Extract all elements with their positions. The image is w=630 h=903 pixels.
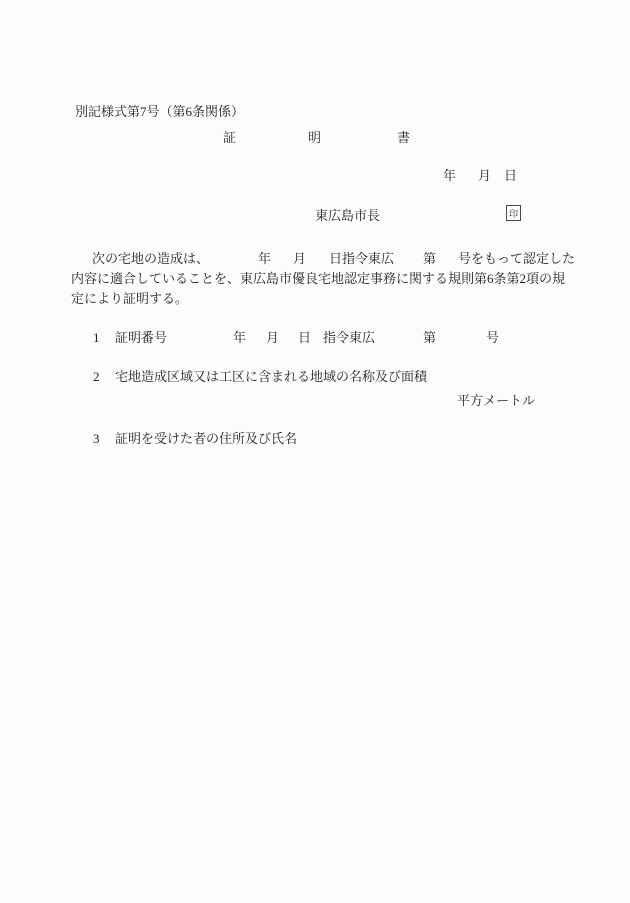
body-line1-day-directive: 日指令東広: [329, 252, 394, 266]
body-line1-year: 年: [258, 252, 271, 266]
title-char-mei: 明: [308, 131, 321, 145]
item2-number: 2: [93, 370, 100, 384]
body-line1-tail: 号をもって認定した: [458, 252, 575, 266]
date-day-label: 日: [504, 169, 517, 183]
certificate-page: 別記様式第7号（第6条関係） 証 明 書 年 月 日 東広島市長 印 次の宅地の…: [0, 0, 630, 903]
seal-mark: 印: [506, 205, 521, 221]
body-line3: 定により証明する。: [71, 292, 188, 306]
item1-directive-label: 指令東広: [323, 331, 375, 345]
item1-go-label: 号: [486, 331, 499, 345]
item3-number: 3: [93, 432, 100, 446]
item1-number: 1: [93, 331, 100, 345]
mayor-label: 東広島市長: [315, 209, 380, 223]
item1-day-label: 日: [298, 331, 311, 345]
body-line1-lead: 次の宅地の造成は、: [92, 252, 209, 266]
seal-label: 印: [509, 207, 518, 220]
item3-label: 証明を受けた者の住所及び氏名: [115, 432, 297, 446]
title-char-sho2: 書: [397, 131, 410, 145]
body-line1-month: 月: [293, 252, 306, 266]
date-month-label: 月: [478, 169, 491, 183]
item2-unit-label: 平方メートル: [457, 394, 535, 408]
item1-month-label: 月: [266, 331, 279, 345]
date-year-label: 年: [443, 169, 456, 183]
item2-label: 宅地造成区域又は工区に含まれる地域の名称及び面積: [115, 370, 427, 384]
item1-label: 証明番号: [115, 331, 167, 345]
item1-year-label: 年: [233, 331, 246, 345]
body-line2: 内容に適合していることを、東広島市優良宅地認定事務に関する規則第6条第2項の規: [71, 272, 565, 286]
body-line1-dai: 第: [423, 252, 436, 266]
item1-dai-label: 第: [423, 331, 436, 345]
form-number-label: 別記様式第7号（第6条関係）: [75, 105, 244, 119]
title-char-sho: 証: [223, 131, 236, 145]
